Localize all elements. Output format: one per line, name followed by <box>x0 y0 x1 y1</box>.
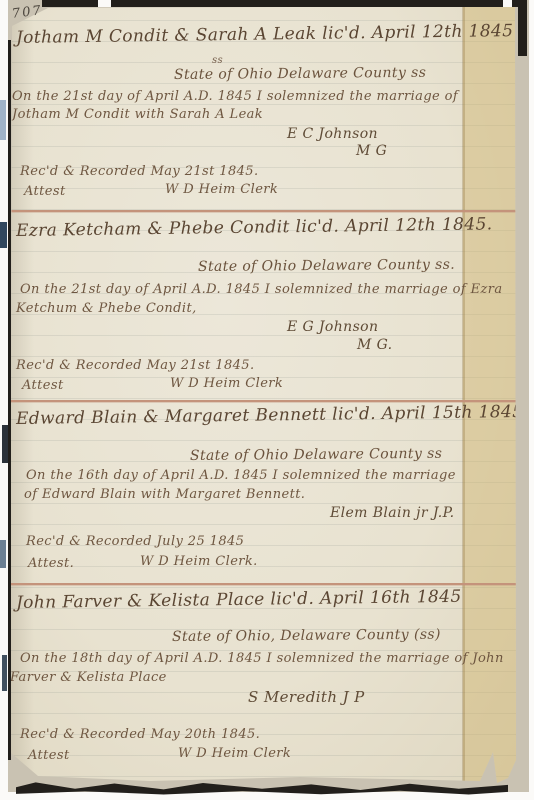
entry-body-line-2: Ketchum & Phebe Condit, <box>16 301 197 316</box>
attest-label: Attest <box>22 378 64 393</box>
entry-body-line-2: Jotham M Condit with Sarah A Leak <box>12 107 263 122</box>
top-edge-tear <box>503 0 512 7</box>
entry-body-line-1: On the 18th day of April A.D. 1845 I sol… <box>20 651 504 666</box>
right-edge-strip <box>518 0 527 56</box>
recorded-line: Rec'd & Recorded May 21st 1845. <box>16 358 255 373</box>
officiant-signature: E G Johnson <box>287 319 378 335</box>
scanned-ledger-page: Jotham M Condit & Sarah A Leak lic'd. Ap… <box>0 0 534 800</box>
jurat-line: State of Ohio Delaware County ss. <box>198 257 455 275</box>
binding-mark <box>0 100 6 140</box>
binding-mark <box>0 540 6 568</box>
recorded-line: Rec'd & Recorded May 20th 1845. <box>20 727 260 742</box>
officiant-signature: Elem Blain jr J.P. <box>330 505 454 521</box>
top-edge-strip <box>42 0 520 7</box>
clerk-signature: W D Heim Clerk <box>165 182 278 197</box>
binding-mark <box>0 222 7 248</box>
clerk-signature: W D Heim Clerk <box>170 376 283 391</box>
entry-body-line-1: On the 21st day of April A.D. 1845 I sol… <box>12 89 458 104</box>
jurat-line: State of Ohio Delaware County ss <box>190 446 442 464</box>
clerk-signature: W D Heim Clerk <box>178 746 291 761</box>
jurat-flourish: ss <box>212 55 223 66</box>
officiant-title: M G <box>356 143 387 159</box>
recorded-line: Rec'd & Recorded May 21st 1845. <box>20 164 259 179</box>
attest-label: Attest <box>28 748 70 763</box>
entry-body-line-1: On the 21st day of April A.D. 1845 I sol… <box>20 282 503 297</box>
officiant-signature: S Meredith J P <box>248 688 365 706</box>
top-edge-tear <box>98 0 111 7</box>
entry-divider-line <box>10 583 516 585</box>
binding-mark <box>2 655 7 691</box>
recorded-line: Rec'd & Recorded July 25 1845 <box>26 534 244 549</box>
left-edge-line <box>8 40 11 760</box>
entry-body-line-2: Farver & Kelista Place <box>10 670 167 685</box>
officiant-title: M G. <box>357 337 393 353</box>
clerk-signature: W D Heim Clerk. <box>140 554 258 569</box>
ledger-paper: Jotham M Condit & Sarah A Leak lic'd. Ap… <box>0 0 534 800</box>
entry-body-line-1: On the 16th day of April A.D. 1845 I sol… <box>26 468 456 483</box>
officiant-signature: E C Johnson <box>287 126 378 142</box>
attest-label: Attest <box>24 184 66 199</box>
binding-mark <box>2 425 8 463</box>
entry-body-line-2: of Edward Blain with Margaret Bennett. <box>24 487 305 502</box>
entry-divider-line <box>10 210 516 212</box>
jurat-line: State of Ohio, Delaware County (ss) <box>172 627 441 645</box>
jurat-line: State of Ohio Delaware County ss <box>174 65 426 83</box>
attest-label: Attest. <box>28 556 74 571</box>
entry-divider-line <box>10 400 516 402</box>
